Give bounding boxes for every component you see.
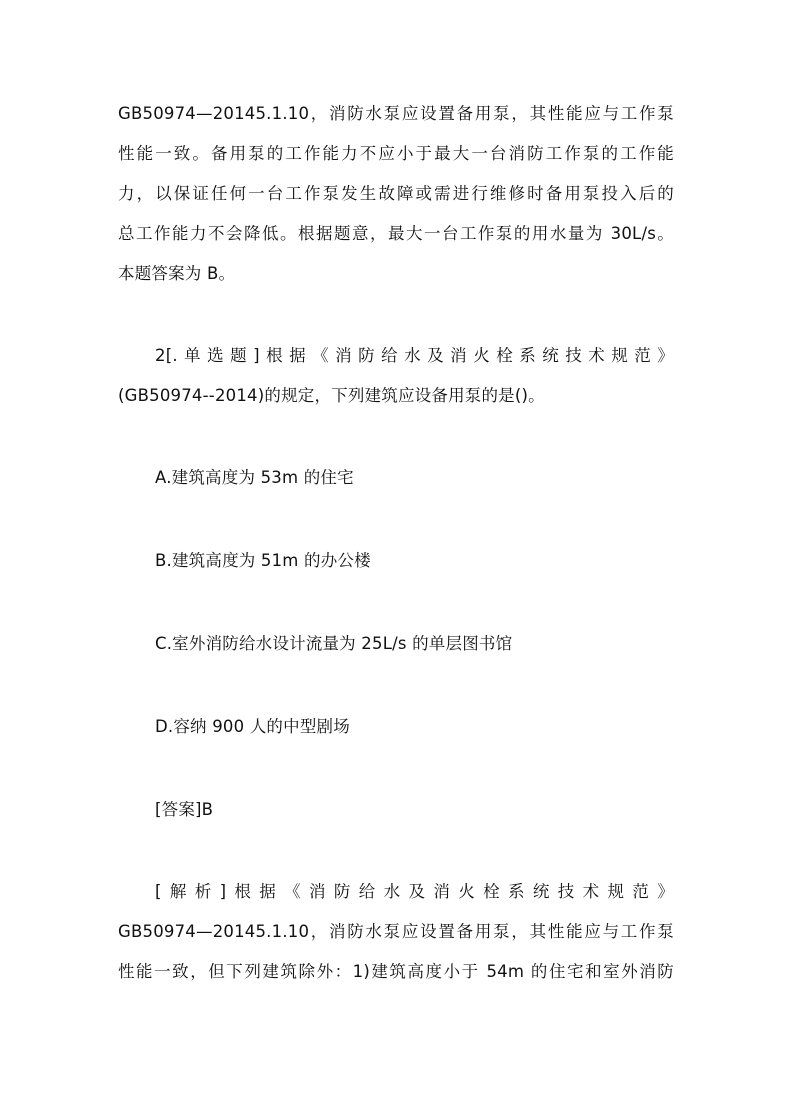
option-b: B.建筑高度为 51m 的办公楼 <box>155 549 371 573</box>
question2-line-1: 2[.单选题]根据《消防给水及消火栓系统技术规范》 <box>155 344 674 368</box>
answer-label: [答案]B <box>155 798 213 822</box>
paragraph1-line-3: 力，以保证任何一台工作泵发生故障或需进行维修时备用泵投入后的 <box>118 182 674 206</box>
paragraph1-line-2: 性能一致。备用泵的工作能力不应小于最大一台消防工作泵的工作能 <box>118 142 674 166</box>
analysis-line-2: GB50974—20145.1.10，消防水泵应设置备用泵，其性能应与工作泵 <box>118 920 674 944</box>
option-d: D.容纳 900 人的中型剧场 <box>155 715 350 739</box>
analysis-line-3: 性能一致，但下列建筑除外：1)建筑高度小于 54m 的住宅和室外消防 <box>118 960 674 984</box>
paragraph1-line-1: GB50974—20145.1.10，消防水泵应设置备用泵，其性能应与工作泵 <box>118 102 674 126</box>
option-c: C.室外消防给水设计流量为 25L/s 的单层图书馆 <box>155 632 512 656</box>
paragraph1-line-4: 总工作能力不会降低。根据题意，最大一台工作泵的用水量为 30L/s。 <box>118 222 674 246</box>
analysis-line-1: [解析]根据《消防给水及消火栓系统技术规范》 <box>155 880 674 904</box>
question2-line-2: (GB50974--2014)的规定，下列建筑应设备用泵的是()。 <box>118 384 545 408</box>
paragraph1-line-5: 本题答案为 B。 <box>118 262 235 286</box>
option-a: A.建筑高度为 53m 的住宅 <box>155 466 354 490</box>
